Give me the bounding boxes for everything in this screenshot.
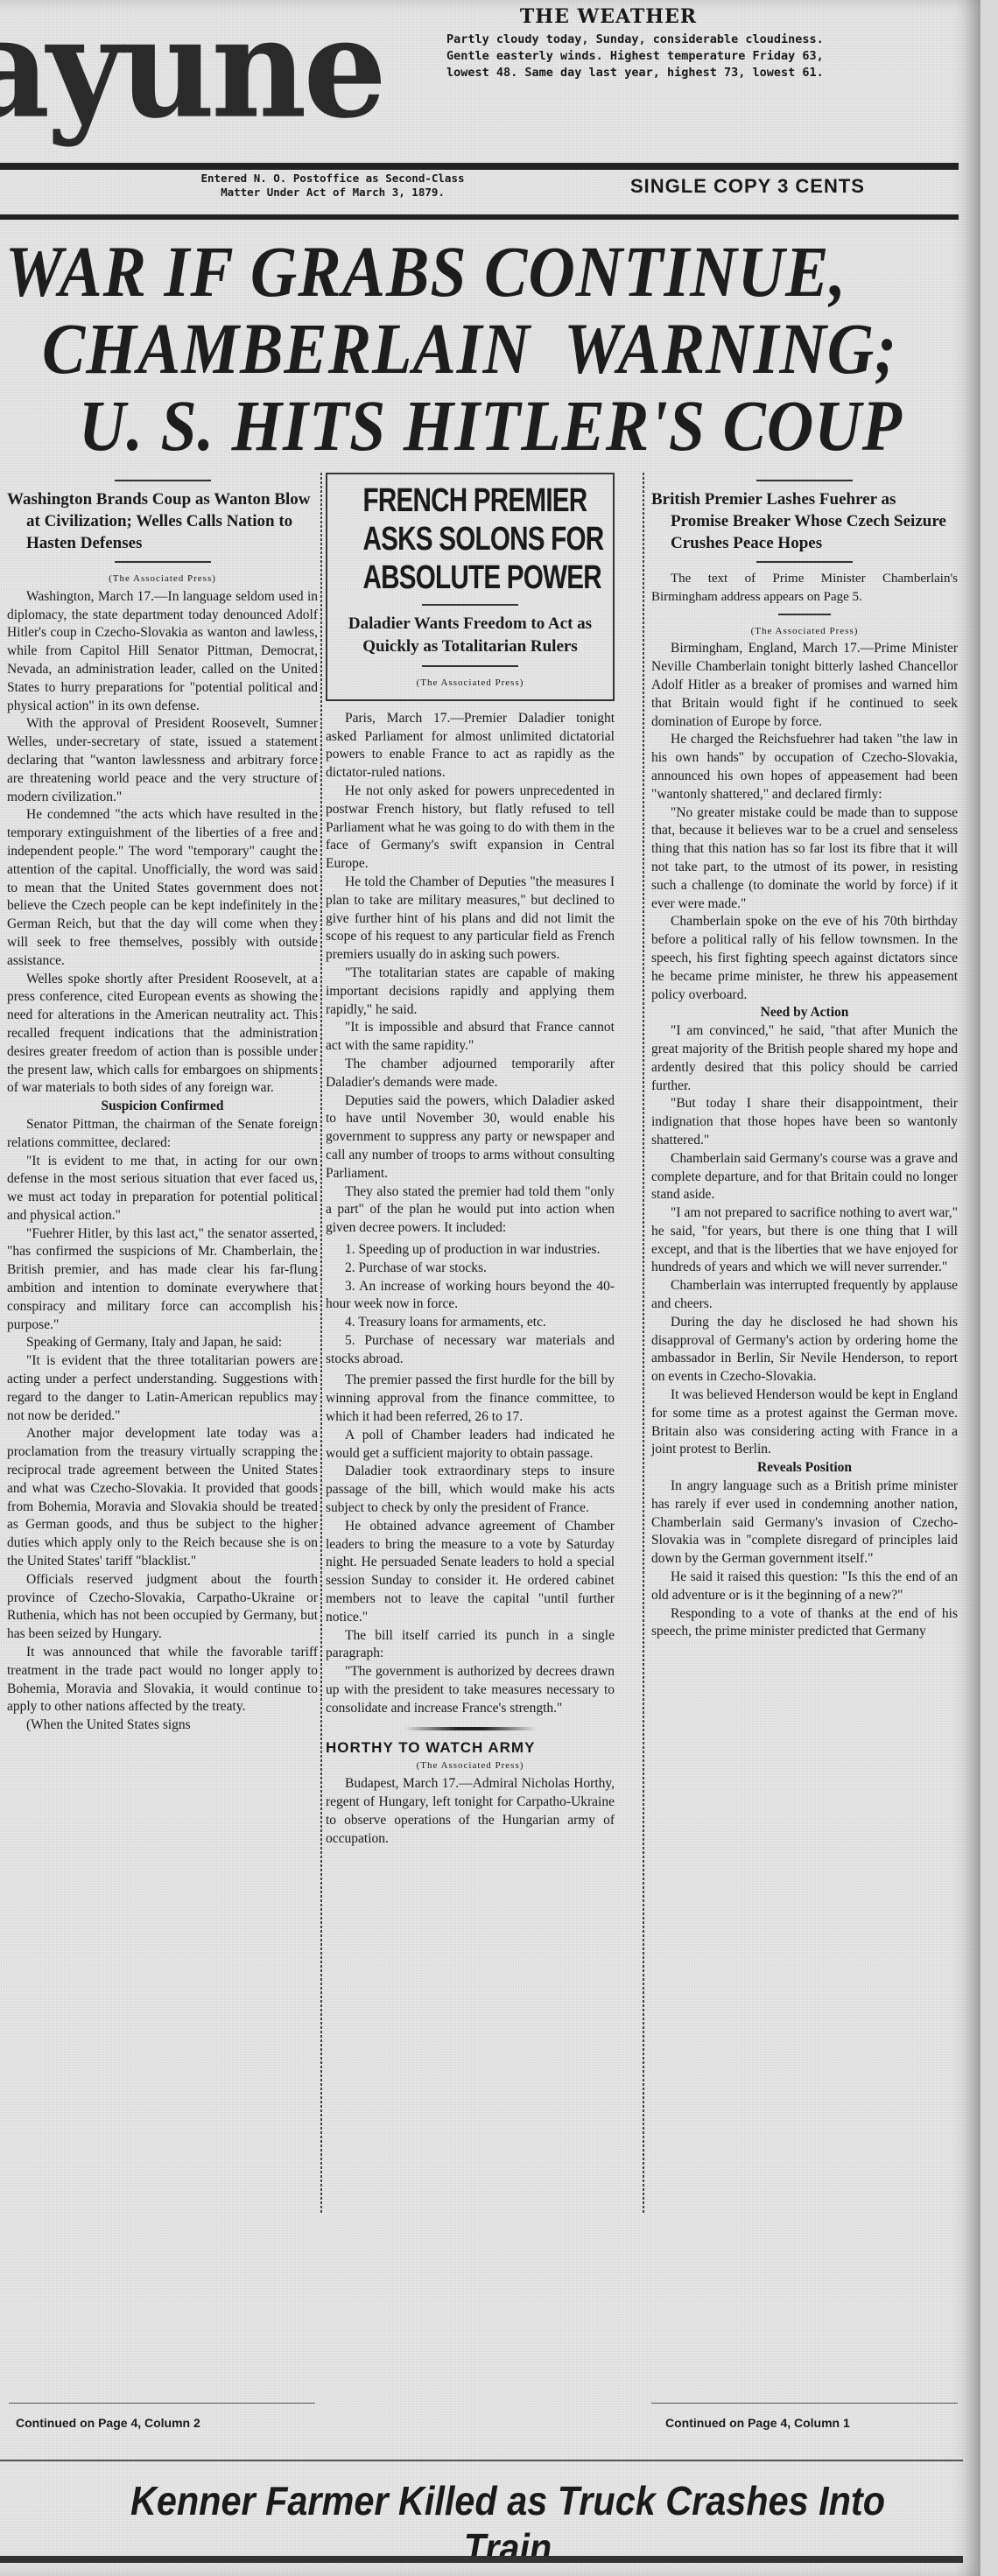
paragraph: He said it raised this question: "Is thi… [651, 1569, 958, 1605]
paragraph: Senator Pittman, the chairman of the Sen… [7, 1116, 318, 1153]
masthead-rule-bottom [0, 214, 959, 220]
left-story-body-2: Senator Pittman, the chairman of the Sen… [7, 1116, 318, 1735]
paragraph: He condemned "the acts which have result… [7, 806, 318, 970]
right-story-deck: British Premier Lashes Fuehrer as Promis… [651, 488, 958, 554]
banner-line-2: CHAMBERLAIN WARNING; [0, 306, 963, 393]
wire-credit: (The Associated Press) [333, 674, 608, 692]
paragraph: Washington, March 17.—In language seldom… [7, 588, 318, 716]
paragraph: He not only asked for powers unprecedent… [326, 783, 615, 874]
postal-notice-line1: Entered N. O. Postoffice as Second-Class [131, 172, 534, 186]
paragraph: "The totalitarian states are capable of … [326, 965, 615, 1019]
paragraph: "But today I share their disappointment,… [651, 1095, 958, 1149]
middle-story-body-2: The premier passed the first hurdle for … [326, 1372, 615, 1717]
paragraph: The chamber adjourned temporarily after … [326, 1056, 615, 1092]
wire-credit: (The Associated Press) [7, 570, 318, 588]
left-story-deck: Washington Brands Coup as Wanton Blow at… [7, 488, 318, 554]
masthead: ayune THE WEATHER Partly cloudy today, S… [0, 0, 980, 162]
masthead-rule-top [0, 163, 959, 170]
paragraph: They also stated the premier had told th… [326, 1183, 615, 1238]
measures-list: 1. Speeding up of production in war indu… [326, 1241, 615, 1369]
paragraph: Officials reserved judgment about the fo… [7, 1571, 318, 1644]
paragraph: "It is evident that the three totalitari… [7, 1352, 318, 1425]
right-story-body: Birmingham, England, March 17.—Prime Min… [651, 640, 958, 1004]
paragraph: A poll of Chamber leaders had indicated … [326, 1427, 615, 1463]
rule [778, 614, 831, 615]
banner-line-3: U. S. HITS HITLER'S COUP [0, 383, 963, 470]
paragraph: "It is evident to me that, in acting for… [7, 1153, 318, 1225]
paragraph: During the day he disclosed he had shown… [651, 1314, 958, 1386]
paragraph: Speaking of Germany, Italy and Japan, he… [7, 1334, 318, 1352]
list-item: 2. Purchase of war stocks. [326, 1260, 615, 1278]
column-divider [320, 473, 322, 2215]
banner-line-1: WAR IF GRABS CONTINUE, [0, 229, 963, 316]
paragraph: Welles spoke shortly after President Roo… [7, 971, 318, 1098]
paragraph: "I am not prepared to sacrifice nothing … [651, 1204, 958, 1277]
rule [9, 2403, 315, 2404]
list-item: 1. Speeding up of production in war indu… [326, 1241, 615, 1260]
postal-notice-line2: Matter Under Act of March 3, 1879. [131, 186, 534, 200]
price: SINGLE COPY 3 CENTS [630, 175, 865, 198]
right-story-prelude: The text of Prime Minister Chamberlain's… [651, 570, 958, 607]
left-story-subhead: Suspicion Confirmed [7, 1098, 318, 1116]
rule [115, 561, 211, 563]
weather-text: Partly cloudy today, Sunday, considerabl… [446, 32, 840, 81]
nameplate: ayune [0, 0, 383, 149]
paragraph: "The government is authorized by decrees… [326, 1663, 615, 1717]
paragraph: With the approval of President Roosevelt… [7, 715, 318, 806]
paragraph: Daladier took extraordinary steps to ins… [326, 1463, 615, 1517]
sidebar-headline: HORTHY TO WATCH ARMY [326, 1739, 615, 1758]
rule [756, 480, 853, 481]
paragraph: It was announced that while the favorabl… [7, 1644, 318, 1716]
paragraph: "Fuehrer Hitler, by this last act," the … [7, 1225, 318, 1335]
right-continued-link[interactable]: Continued on Page 4, Column 1 [665, 2416, 850, 2430]
paragraph: In angry language such as a British prim… [651, 1478, 958, 1569]
paragraph: Chamberlain spoke on the eve of his 70th… [651, 913, 958, 1004]
section-rule [0, 2460, 963, 2461]
list-item: 4. Treasury loans for armaments, etc. [326, 1314, 615, 1332]
paragraph: It was believed Henderson would be kept … [651, 1386, 958, 1459]
paragraph: Chamberlain was interrupted frequently b… [651, 1277, 958, 1314]
paragraph: Another major development late today was… [7, 1425, 318, 1570]
middle-headline-line-2: ASKS SOLONS FOR [363, 520, 578, 558]
middle-headline-line-1: FRENCH PREMIER [363, 481, 578, 520]
right-story-body-3: In angry language such as a British prim… [651, 1478, 958, 1641]
ornament-rule [404, 1727, 536, 1730]
right-story: British Premier Lashes Fuehrer as Promis… [651, 473, 958, 1641]
middle-headline-line-3: ABSOLUTE POWER [363, 558, 578, 597]
bottom-rule [0, 2556, 963, 2563]
postal-notice: Entered N. O. Postoffice as Second-Class… [131, 172, 534, 200]
rule [756, 561, 853, 563]
left-story-body: Washington, March 17.—In language seldom… [7, 588, 318, 1098]
rule [422, 604, 518, 606]
middle-story-body: Paris, March 17.—Premier Daladier tonigh… [326, 710, 615, 1238]
rule [422, 665, 518, 667]
middle-story: FRENCH PREMIER ASKS SOLONS FOR ABSOLUTE … [326, 473, 615, 1848]
paragraph: Paris, March 17.—Premier Daladier tonigh… [326, 710, 615, 783]
wire-credit: (The Associated Press) [651, 622, 958, 641]
weather-box: THE WEATHER Partly cloudy today, Sunday,… [446, 5, 840, 81]
paragraph: He charged the Reichsfuehrer had taken "… [651, 731, 958, 804]
right-story-body-2: "I am convinced," he said, "that after M… [651, 1022, 958, 1459]
paragraph: He told the Chamber of Deputies "the mea… [326, 874, 615, 965]
list-item: 3. An increase of working hours beyond t… [326, 1278, 615, 1315]
paragraph: Responding to a vote of thanks at the en… [651, 1605, 958, 1642]
rule [651, 2403, 958, 2404]
paragraph: "No greater mistake could be made than t… [651, 804, 958, 914]
rule [115, 480, 211, 481]
right-story-subhead-2: Reveals Position [651, 1459, 958, 1478]
newspaper-page: ayune THE WEATHER Partly cloudy today, S… [0, 0, 980, 2576]
paragraph: (When the United States signs [7, 1716, 318, 1735]
middle-story-headline-box: FRENCH PREMIER ASKS SOLONS FOR ABSOLUTE … [326, 473, 615, 701]
paragraph: "I am convinced," he said, "that after M… [651, 1022, 958, 1095]
paragraph: The premier passed the first hurdle for … [326, 1372, 615, 1426]
left-continued-link[interactable]: Continued on Page 4, Column 2 [16, 2416, 200, 2430]
paragraph: The bill itself carried its punch in a s… [326, 1627, 615, 1664]
paragraph: He obtained advance agreement of Chamber… [326, 1518, 615, 1627]
paragraph: Chamberlain said Germany's course was a … [651, 1150, 958, 1204]
list-item: 5. Purchase of necessary war materials a… [326, 1332, 615, 1369]
weather-title: THE WEATHER [376, 5, 840, 28]
wire-credit: (The Associated Press) [326, 1757, 615, 1775]
middle-story-deck: Daladier Wants Freedom to Act as Quickly… [333, 613, 608, 658]
paragraph: "It is impossible and absurd that France… [326, 1019, 615, 1056]
sidebar-text: Budapest, March 17.—Admiral Nicholas Hor… [326, 1775, 615, 1848]
banner-headline: WAR IF GRABS CONTINUE, CHAMBERLAIN WARNI… [0, 229, 963, 460]
paragraph: Deputies said the powers, which Daladier… [326, 1092, 615, 1183]
column-divider [643, 473, 644, 2215]
paragraph: Birmingham, England, March 17.—Prime Min… [651, 640, 958, 731]
left-story: Washington Brands Coup as Wanton Blow at… [7, 473, 318, 1735]
right-story-subhead: Need by Action [651, 1004, 958, 1022]
